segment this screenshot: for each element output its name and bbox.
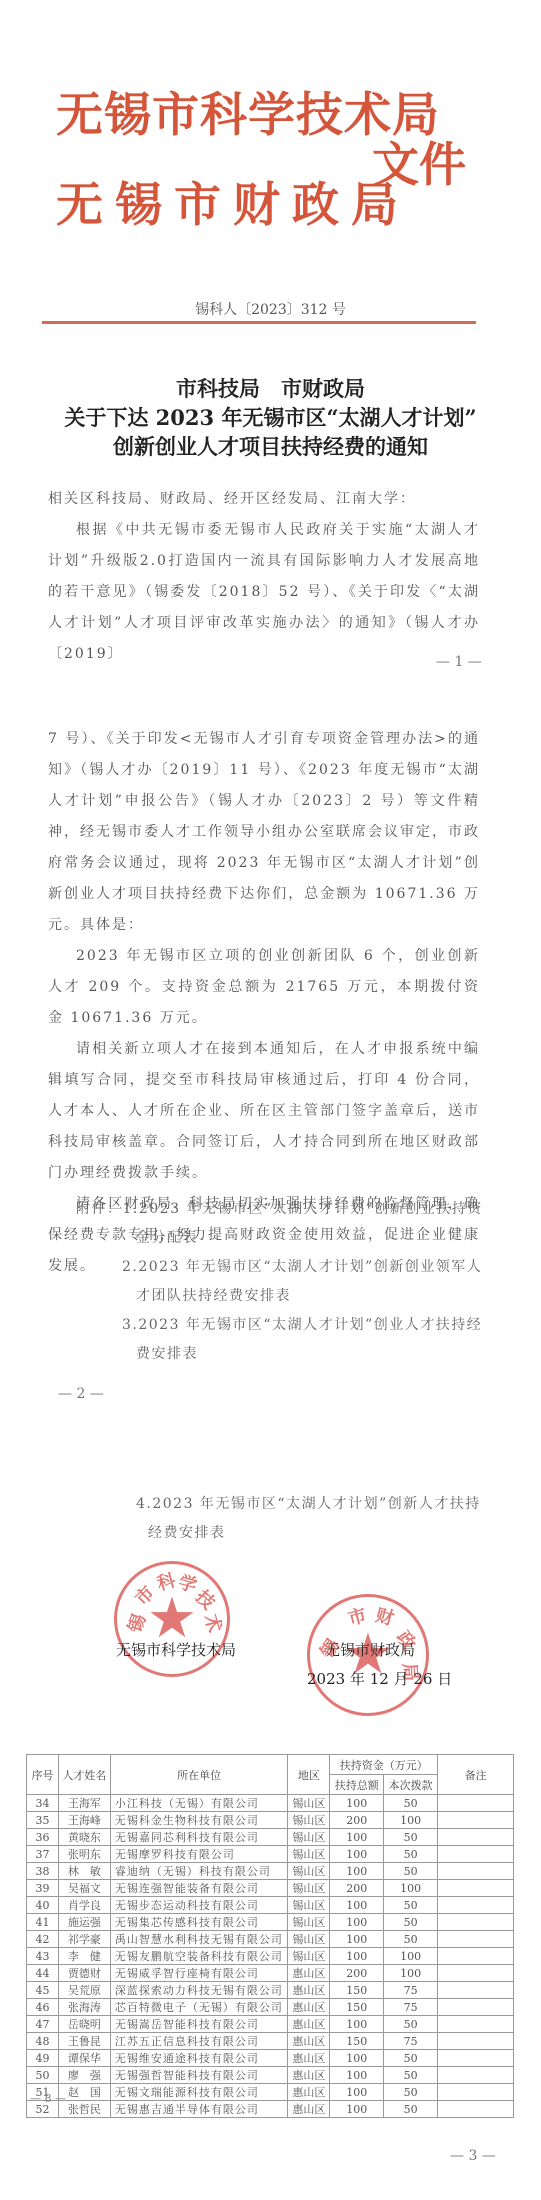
cell-remark — [438, 2101, 514, 2118]
signature-date: 2023 年 12 月 26 日 — [307, 1668, 452, 1689]
cell-total: 100 — [330, 1897, 384, 1914]
cell-district: 惠山区 — [288, 2050, 330, 2067]
cell-remark — [438, 2016, 514, 2033]
table-row: 41施运强无锡集芯传感科技有限公司锡山区10050 — [27, 1914, 514, 1931]
table-row: 36黄晓东无锡嘉同芯利科技有限公司锡山区10050 — [27, 1829, 514, 1846]
cell-remark — [438, 1897, 514, 1914]
talent-funding-table: 序号 人才姓名 所在单位 地区 扶持资金（万元） 备注 扶持总额 本次拨款 34… — [26, 1754, 514, 2118]
cell-seq: 50 — [27, 2067, 59, 2084]
table-row: 39吴福文无锡连强智能装备有限公司锡山区200100 — [27, 1880, 514, 1897]
cell-district: 锡山区 — [288, 1897, 330, 1914]
cell-district: 锡山区 — [288, 1948, 330, 1965]
cell-current: 50 — [384, 2101, 438, 2118]
cell-current: 100 — [384, 1965, 438, 1982]
cell-remark — [438, 1914, 514, 1931]
cell-unit: 江苏五正信息科技有限公司 — [110, 2033, 288, 2050]
cell-seq: 43 — [27, 1948, 59, 1965]
col-unit: 所在单位 — [110, 1755, 288, 1795]
cell-current: 50 — [384, 1914, 438, 1931]
cell-name: 黄晓东 — [58, 1829, 110, 1846]
cell-name: 王海峰 — [58, 1812, 110, 1829]
cell-unit: 小江科技（无锡）有限公司 — [110, 1795, 288, 1812]
cell-name: 祁学豪 — [58, 1931, 110, 1948]
cell-current: 50 — [384, 2067, 438, 2084]
table-row: 48王鲁昆江苏五正信息科技有限公司惠山区15075 — [27, 2033, 514, 2050]
table-row: 34王海军小江科技（无锡）有限公司锡山区10050 — [27, 1795, 514, 1812]
cell-unit: 无锡惠吉通半导体有限公司 — [110, 2101, 288, 2118]
cell-total: 100 — [330, 2067, 384, 2084]
table-row: 43李 健无锡友鹏航空装备科技有限公司锡山区100100 — [27, 1948, 514, 1965]
cell-name: 吴荒原 — [58, 1982, 110, 1999]
cell-current: 50 — [384, 1846, 438, 1863]
cell-name: 张明东 — [58, 1846, 110, 1863]
cell-total: 200 — [330, 1965, 384, 1982]
cell-remark — [438, 1931, 514, 1948]
cell-remark — [438, 2033, 514, 2050]
cell-remark — [438, 1795, 514, 1812]
cell-name: 贾德财 — [58, 1965, 110, 1982]
signer-science-bureau: 无锡市科学技术局 — [116, 1639, 236, 1660]
cell-district: 惠山区 — [288, 2067, 330, 2084]
cell-name: 施运强 — [58, 1914, 110, 1931]
cell-total: 150 — [330, 1999, 384, 2016]
cell-total: 100 — [330, 1914, 384, 1931]
cell-total: 100 — [330, 2101, 384, 2118]
cell-remark — [438, 1846, 514, 1863]
table-row: 50廖 强无锡强哲智能科技有限公司惠山区10050 — [27, 2067, 514, 2084]
title-line-3: 创新创业人才项目扶持经费的通知 — [0, 432, 541, 461]
cell-district: 惠山区 — [288, 1982, 330, 1999]
cell-total: 100 — [330, 2050, 384, 2067]
table-row: 35王海峰无锡科金生物科技有限公司锡山区200100 — [27, 1812, 514, 1829]
cell-district: 惠山区 — [288, 1965, 330, 1982]
agency-header-finance: 无锡市财政局 — [56, 168, 410, 235]
cell-district: 锡山区 — [288, 1812, 330, 1829]
cell-name: 林 敏 — [58, 1863, 110, 1880]
cell-seq: 44 — [27, 1965, 59, 1982]
col-remark: 备注 — [438, 1755, 514, 1795]
cell-total: 100 — [330, 1829, 384, 1846]
cell-district: 锡山区 — [288, 1863, 330, 1880]
cell-seq: 39 — [27, 1880, 59, 1897]
table-row: 40肖学良无锡步态运动科技有限公司锡山区10050 — [27, 1897, 514, 1914]
cell-unit: 无锡嘉同芯利科技有限公司 — [110, 1829, 288, 1846]
cell-unit: 芯百特微电子（无锡）有限公司 — [110, 1999, 288, 2016]
cell-unit: 无锡威孚智行座椅有限公司 — [110, 1965, 288, 1982]
paragraph-2: 2023 年无锡市区立项的创业创新团队 6 个，创业创新人才 209 个。支持资… — [48, 941, 480, 1034]
cell-unit: 深蓝探索动力科技无锡有限公司 — [110, 1982, 288, 1999]
signer-finance-bureau: 无锡市财政局 — [325, 1639, 415, 1660]
cell-name: 张哲民 — [58, 2101, 110, 2118]
cell-district: 锡山区 — [288, 1880, 330, 1897]
cell-seq: 35 — [27, 1812, 59, 1829]
cell-seq: 36 — [27, 1829, 59, 1846]
cell-current: 50 — [384, 1829, 438, 1846]
table-row: 51赵 国无锡文瑞能源科技有限公司惠山区10050 — [27, 2084, 514, 2101]
attachment-3-cont: 费安排表 — [48, 1340, 480, 1369]
cell-seq: 40 — [27, 1897, 59, 1914]
cell-district: 惠山区 — [288, 2101, 330, 2118]
cell-total: 150 — [330, 1982, 384, 1999]
cell-total: 100 — [330, 1931, 384, 1948]
cell-district: 锡山区 — [288, 1795, 330, 1812]
col-total: 扶持总额 — [330, 1775, 384, 1795]
col-funding-group: 扶持资金（万元） — [330, 1755, 438, 1775]
cell-current: 50 — [384, 2084, 438, 2101]
cell-current: 100 — [384, 1880, 438, 1897]
cell-total: 100 — [330, 1795, 384, 1812]
addressee: 相关区科技局、财政局、经开区经发局、江南大学： — [48, 484, 480, 515]
cell-name: 谭保华 — [58, 2050, 110, 2067]
cell-unit: 无锡嵩岳智能科技有限公司 — [110, 2016, 288, 2033]
cell-name: 廖 强 — [58, 2067, 110, 2084]
cell-name: 王鲁昆 — [58, 2033, 110, 2050]
cell-remark — [438, 2050, 514, 2067]
cell-district: 锡山区 — [288, 1931, 330, 1948]
paragraph-3: 请相关新立项人才在接到本通知后，在人才申报系统中编辑填写合同，提交至市科技局审核… — [48, 1034, 480, 1189]
cell-total: 200 — [330, 1812, 384, 1829]
cell-current: 100 — [384, 1948, 438, 1965]
cell-current: 50 — [384, 2016, 438, 2033]
cell-remark — [438, 1812, 514, 1829]
page-number-3: — 3 — — [450, 2148, 496, 2164]
col-seq: 序号 — [27, 1755, 59, 1795]
cell-name: 王海军 — [58, 1795, 110, 1812]
cell-unit: 无锡步态运动科技有限公司 — [110, 1897, 288, 1914]
cell-unit: 无锡强哲智能科技有限公司 — [110, 2067, 288, 2084]
cell-name: 张海涛 — [58, 1999, 110, 2016]
cell-current: 50 — [384, 2050, 438, 2067]
cell-total: 100 — [330, 1948, 384, 1965]
cell-remark — [438, 2084, 514, 2101]
cell-district: 惠山区 — [288, 2084, 330, 2101]
cell-remark — [438, 1880, 514, 1897]
table-row: 37张明东无锡摩罗科技有限公司锡山区10050 — [27, 1846, 514, 1863]
cell-unit: 无锡维安通途科技有限公司 — [110, 2050, 288, 2067]
cell-district: 惠山区 — [288, 1999, 330, 2016]
cell-seq: 46 — [27, 1999, 59, 2016]
attachment-1: 附件：1.2023 年无锡市区“太湖人才计划”创新创业扶持资 — [48, 1195, 480, 1224]
col-current: 本次拨款 — [384, 1775, 438, 1795]
cell-seq: 45 — [27, 1982, 59, 1999]
cell-district: 锡山区 — [288, 1829, 330, 1846]
cell-remark — [438, 1982, 514, 1999]
cell-seq: 47 — [27, 2016, 59, 2033]
red-divider — [42, 321, 476, 324]
cell-remark — [438, 1948, 514, 1965]
cell-unit: 禹山智慧水利科技无锡有限公司 — [110, 1931, 288, 1948]
attachment-3: 3.2023 年无锡市区“太湖人才计划”创业人才扶持经 — [48, 1311, 480, 1340]
attachment-4: 4.2023 年无锡市区“太湖人才计划”创新人才扶持 经费安排表 — [136, 1490, 496, 1548]
cell-district: 锡山区 — [288, 1914, 330, 1931]
cell-total: 100 — [330, 1846, 384, 1863]
cell-district: 锡山区 — [288, 1846, 330, 1863]
cell-seq: 49 — [27, 2050, 59, 2067]
cell-current: 75 — [384, 1999, 438, 2016]
cell-district: 惠山区 — [288, 2016, 330, 2033]
cell-district: 惠山区 — [288, 2033, 330, 2050]
attachments-label: 附件： — [76, 1201, 123, 1217]
cell-seq: 38 — [27, 1863, 59, 1880]
cell-remark — [438, 1965, 514, 1982]
cell-total: 100 — [330, 1863, 384, 1880]
attachment-2-cont: 才团队扶持经费安排表 — [48, 1282, 480, 1311]
cell-current: 50 — [384, 1795, 438, 1812]
cell-unit: 无锡文瑞能源科技有限公司 — [110, 2084, 288, 2101]
cell-remark — [438, 2067, 514, 2084]
page-number-1: — 1 — — [436, 654, 482, 670]
table-row: 45吴荒原深蓝探索动力科技无锡有限公司惠山区15075 — [27, 1982, 514, 1999]
table-row: 44贾德财无锡威孚智行座椅有限公司惠山区200100 — [27, 1965, 514, 1982]
cell-seq: 41 — [27, 1914, 59, 1931]
cell-total: 100 — [330, 2016, 384, 2033]
cell-current: 50 — [384, 1863, 438, 1880]
cell-current: 75 — [384, 2033, 438, 2050]
title-line-2: 关于下达 2023 年无锡市区“太湖人才计划” — [0, 403, 541, 432]
cell-unit: 睿迪纳（无锡）科技有限公司 — [110, 1863, 288, 1880]
cell-current: 50 — [384, 1931, 438, 1948]
paragraph-1-continued: 7 号）、《关于印发<无锡市人才引育专项资金管理办法>的通知》（锡人才办〔201… — [48, 724, 480, 941]
cell-total: 150 — [330, 2033, 384, 2050]
cell-name: 岳晓明 — [58, 2016, 110, 2033]
cell-current: 100 — [384, 1812, 438, 1829]
cell-seq: 37 — [27, 1846, 59, 1863]
attachment-2: 2.2023 年无锡市区“太湖人才计划”创新创业领军人 — [48, 1253, 480, 1282]
document-number: 锡科人〔2023〕312 号 — [0, 299, 541, 319]
table-row: 52张哲民无锡惠吉通半导体有限公司惠山区10050 — [27, 2101, 514, 2118]
cell-name: 赵 国 — [58, 2084, 110, 2101]
cell-total: 200 — [330, 1880, 384, 1897]
cell-unit: 无锡友鹏航空装备科技有限公司 — [110, 1948, 288, 1965]
cell-seq: 34 — [27, 1795, 59, 1812]
col-district: 地区 — [288, 1755, 330, 1795]
page-number-2: — 2 — — [58, 1386, 104, 1402]
attachment-1-cont: 金分配表 — [48, 1224, 480, 1253]
cell-remark — [438, 1829, 514, 1846]
cell-current: 50 — [384, 1897, 438, 1914]
attachments-list: 附件：1.2023 年无锡市区“太湖人才计划”创新创业扶持资 金分配表 2.20… — [48, 1195, 480, 1369]
cell-remark — [438, 1999, 514, 2016]
cell-seq: 42 — [27, 1931, 59, 1948]
document-label: 文件 — [372, 128, 466, 195]
title-line-1: 市科技局 市财政局 — [0, 374, 541, 403]
table-row: 42祁学豪禹山智慧水利科技无锡有限公司锡山区10050 — [27, 1931, 514, 1948]
cell-name: 肖学良 — [58, 1897, 110, 1914]
cell-remark — [438, 1863, 514, 1880]
table-row: 47岳晓明无锡嵩岳智能科技有限公司惠山区10050 — [27, 2016, 514, 2033]
cell-total: 100 — [330, 2084, 384, 2101]
paragraph-1: 根据《中共无锡市委无锡市人民政府关于实施“太湖人才计划”升级版2.0打造国内一流… — [48, 515, 480, 670]
col-name: 人才姓名 — [58, 1755, 110, 1795]
table-row: 46张海涛芯百特微电子（无锡）有限公司惠山区15075 — [27, 1999, 514, 2016]
page1-body: 相关区科技局、财政局、经开区经发局、江南大学： 根据《中共无锡市委无锡市人民政府… — [48, 484, 480, 670]
cell-unit: 无锡连强智能装备有限公司 — [110, 1880, 288, 1897]
cell-seq: 48 — [27, 2033, 59, 2050]
cell-name: 吴福文 — [58, 1880, 110, 1897]
cell-unit: 无锡科金生物科技有限公司 — [110, 1812, 288, 1829]
inner-page-number: — 8 — — [30, 2092, 66, 2105]
cell-current: 75 — [384, 1982, 438, 1999]
cell-name: 李 健 — [58, 1948, 110, 1965]
table-row: 49谭保华无锡维安通途科技有限公司惠山区10050 — [27, 2050, 514, 2067]
cell-unit: 无锡摩罗科技有限公司 — [110, 1846, 288, 1863]
cell-unit: 无锡集芯传感科技有限公司 — [110, 1914, 288, 1931]
table-row: 38林 敏睿迪纳（无锡）科技有限公司锡山区10050 — [27, 1863, 514, 1880]
